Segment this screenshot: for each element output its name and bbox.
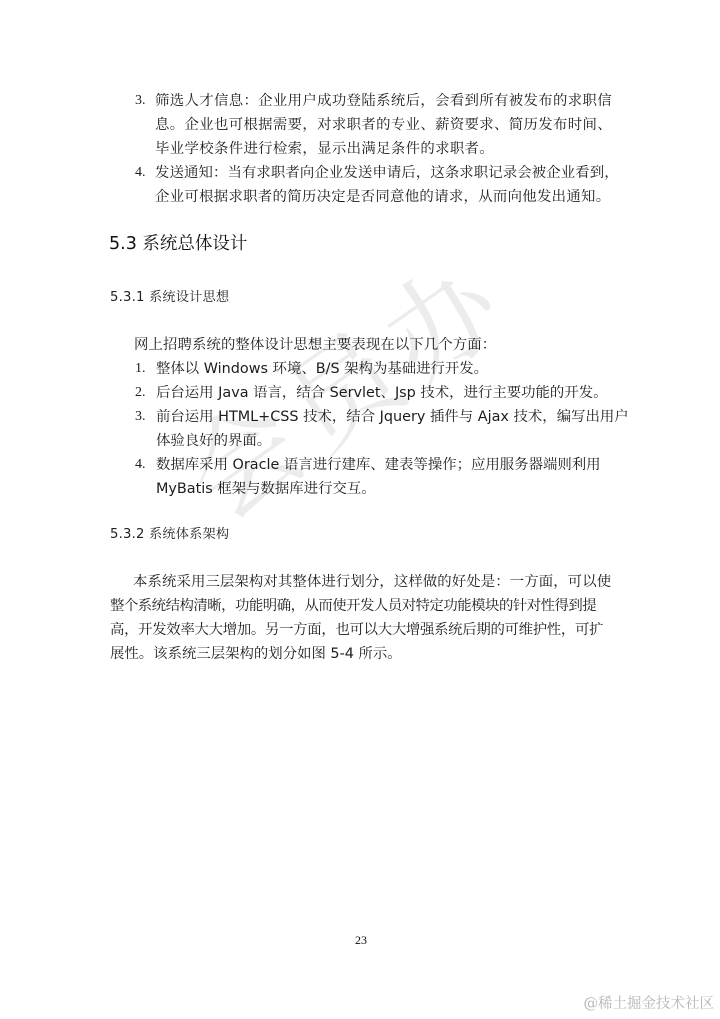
list-number: 3. [135, 92, 146, 110]
list-number: 4. [135, 164, 146, 182]
list-item-line: 筛选人才信息：企业用户成功登陆系统后，会看到所有被发布的求职信 [155, 92, 612, 110]
list-item-line: 前台运用 HTML+CSS 技术，结合 Jquery 插件与 Ajax 技术，编… [156, 408, 629, 426]
list-item-line: 后台运用 Java 语言，结合 Servlet、Jsp 技术，进行主要功能的开发… [156, 384, 607, 402]
list-number: 1. [135, 360, 146, 378]
list-item-line: 数据库采用 Oracle 语言进行建库、建表等操作；应用服务器端则利用 [156, 456, 601, 474]
intro-text: 网上招聘系统的整体设计思想主要表现在以下几个方面： [134, 336, 496, 354]
list-item-line: MyBatis 框架与数据库进行交互。 [156, 480, 376, 498]
list-item-line: 企业可根据求职者的简历决定是否同意他的请求，从而向他发出通知。 [155, 188, 610, 206]
paragraph-line: 展性。该系统三层架构的划分如图 5-4 所示。 [110, 645, 402, 663]
list-number: 2. [135, 384, 146, 402]
subsection-heading: 5.3.2 系统体系架构 [110, 527, 229, 543]
paragraph-line: 本系统采用三层架构对其整体进行划分，这样做的好处是：一方面，可以使 [133, 573, 611, 591]
list-number: 4. [135, 456, 146, 474]
paragraph-line: 高，开发效率大大增加。另一方面，也可以大大增强系统后期的可维护性，可扩 [110, 621, 603, 639]
footer-watermark: @稀土掘金技术社区 [584, 992, 715, 1013]
subsection-heading: 5.3.1 系统设计思想 [110, 290, 229, 306]
list-item-line: 发送通知：当有求职者向企业发送申请后，这条求职记录会被企业看到， [155, 164, 619, 182]
paragraph-line: 整个系统结构清晰，功能明确，从而使开发人员对特定功能模块的针对性得到提 [110, 597, 596, 615]
list-item-line: 整体以 Windows 环境、B/S 架构为基础进行开发。 [156, 360, 488, 378]
section-heading: 5.3 系统总体设计 [109, 233, 247, 255]
document-page: 会员办 3. 筛选人才信息：企业用户成功登陆系统后，会看到所有被发布的求职信 息… [0, 0, 720, 1019]
list-item-line: 息。企业也可根据需要，对求职者的专业、薪资要求、简历发布时间、 [155, 116, 612, 134]
list-item-line: 体验良好的界面。 [156, 432, 271, 450]
list-item-line: 毕业学校条件进行检索，显示出满足条件的求职者。 [155, 140, 494, 158]
page-number: 23 [355, 933, 367, 948]
list-number: 3. [135, 408, 146, 426]
